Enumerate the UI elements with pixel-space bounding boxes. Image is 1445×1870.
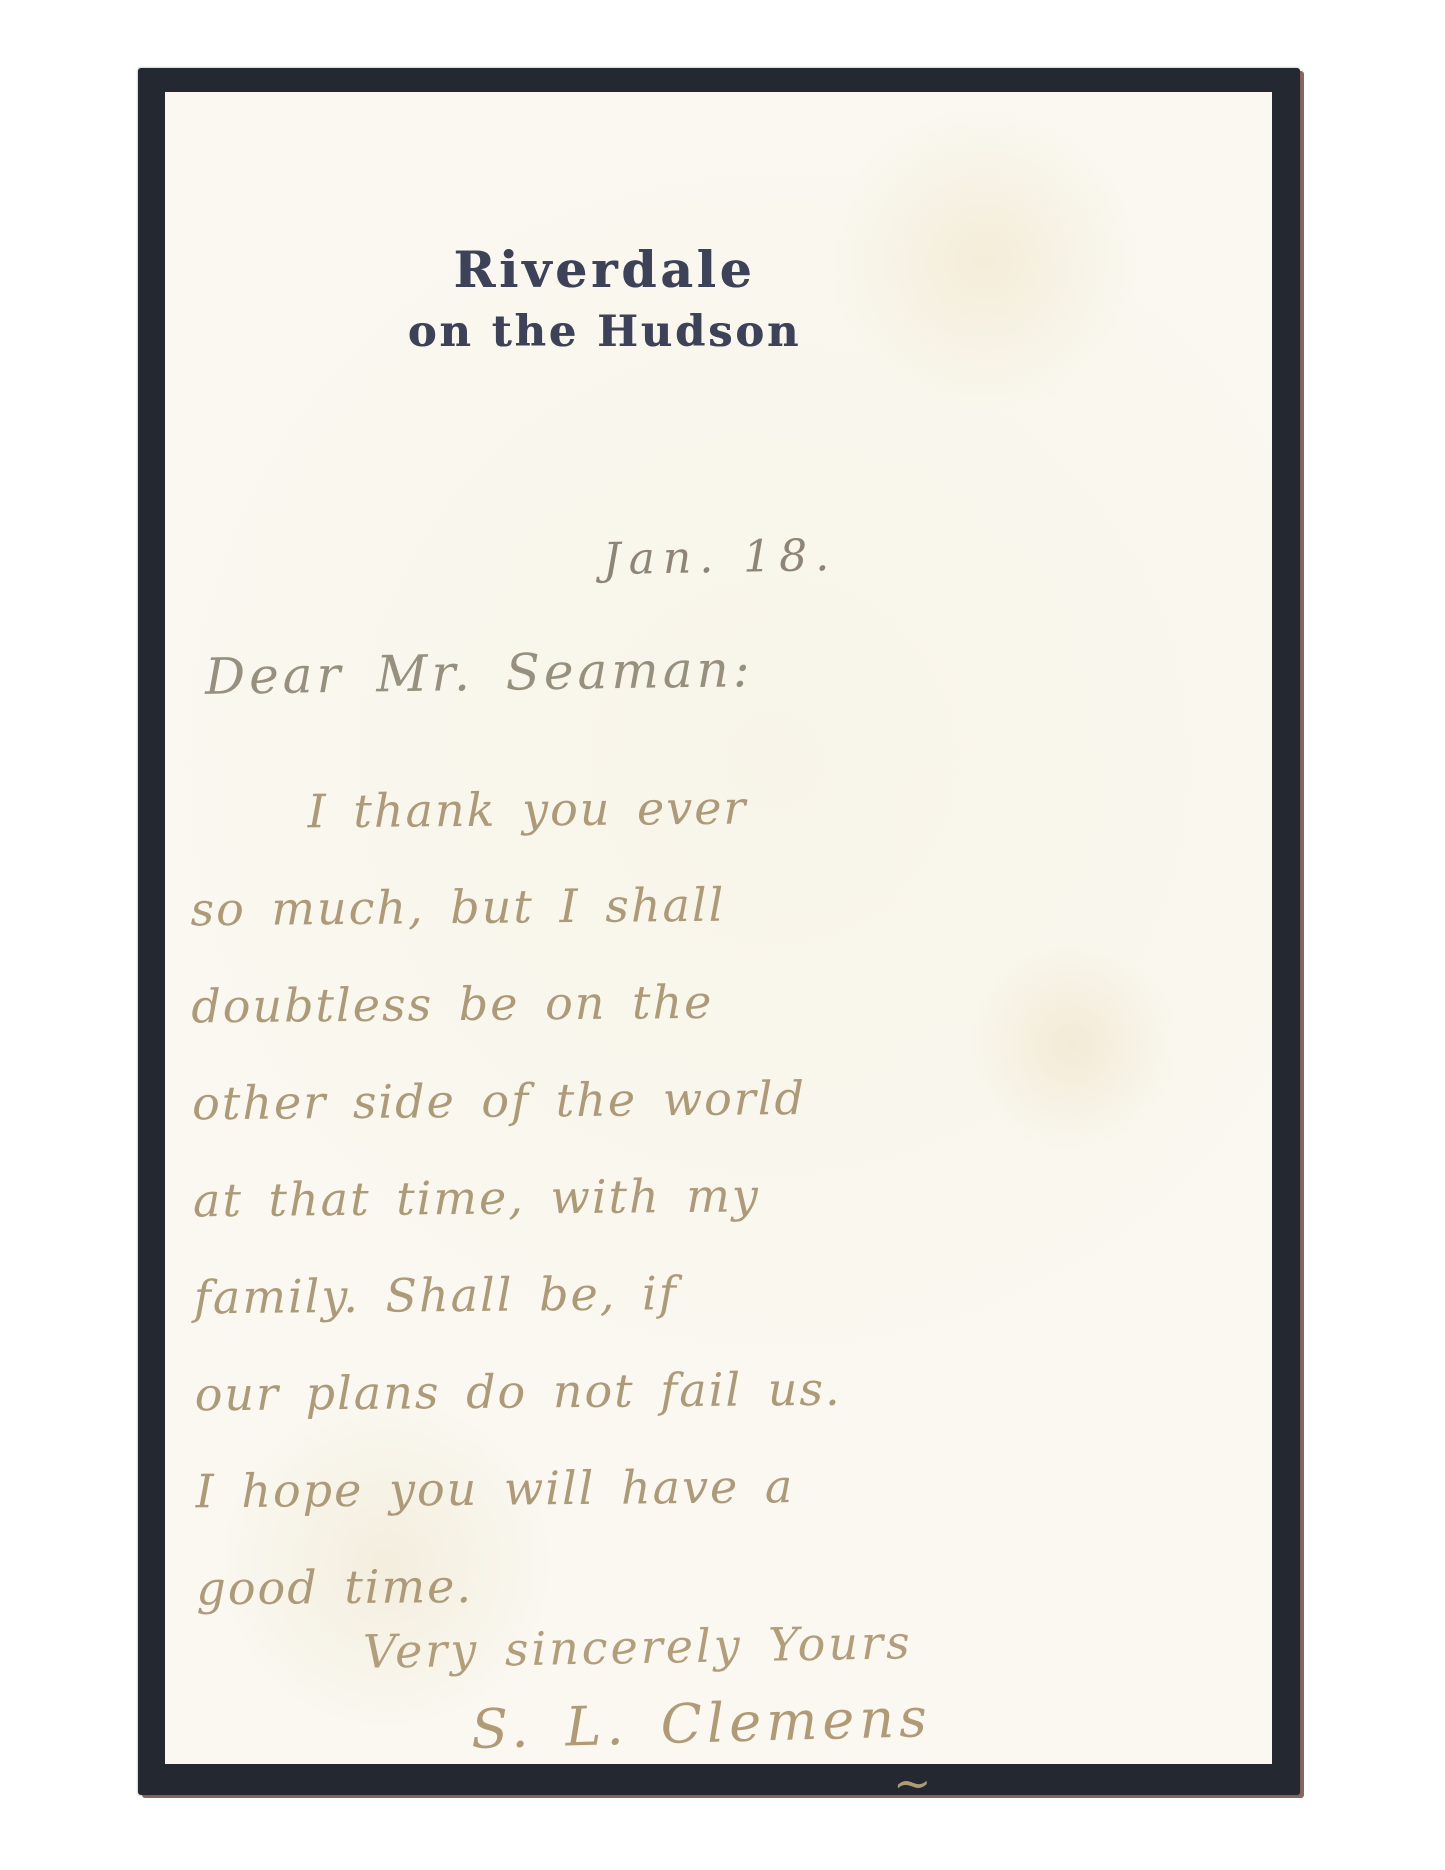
letter-body-line: family. Shall be, if: [193, 1241, 1194, 1347]
letter-body-line: our plans do not fail us.: [194, 1338, 1195, 1444]
letter-signature: S. L. Clemens: [470, 1686, 932, 1761]
letter-body-line: I thank you ever: [189, 756, 1190, 862]
letter-body-line: other side of the world: [192, 1047, 1193, 1153]
signature-flourish: ~: [893, 1756, 932, 1810]
letter-body-line: I hope you will have a: [195, 1435, 1196, 1541]
letter-body-line: so much, but I shall: [190, 853, 1191, 959]
letter-body: I thank you ever so much, but I shall do…: [189, 756, 1197, 1638]
letter-body-line: at that time, with my: [193, 1144, 1194, 1250]
letterhead-line2: on the Hudson: [51, 307, 1158, 357]
letterhead: Riverdale on the Hudson: [51, 240, 1158, 357]
letter-closing: Very sincerely Yours: [363, 1615, 913, 1679]
letter-salutation: Dear Mr. Seaman:: [205, 640, 754, 706]
letter-date: Jan. 18.: [603, 530, 838, 585]
letter-paper: Riverdale on the Hudson Jan. 18. Dear Mr…: [165, 92, 1272, 1764]
letter-body-line: doubtless be on the: [191, 950, 1192, 1056]
picture-frame: Riverdale on the Hudson Jan. 18. Dear Mr…: [138, 68, 1300, 1795]
framed-letter-photo: Riverdale on the Hudson Jan. 18. Dear Mr…: [0, 0, 1445, 1870]
letterhead-line1: Riverdale: [51, 240, 1158, 299]
